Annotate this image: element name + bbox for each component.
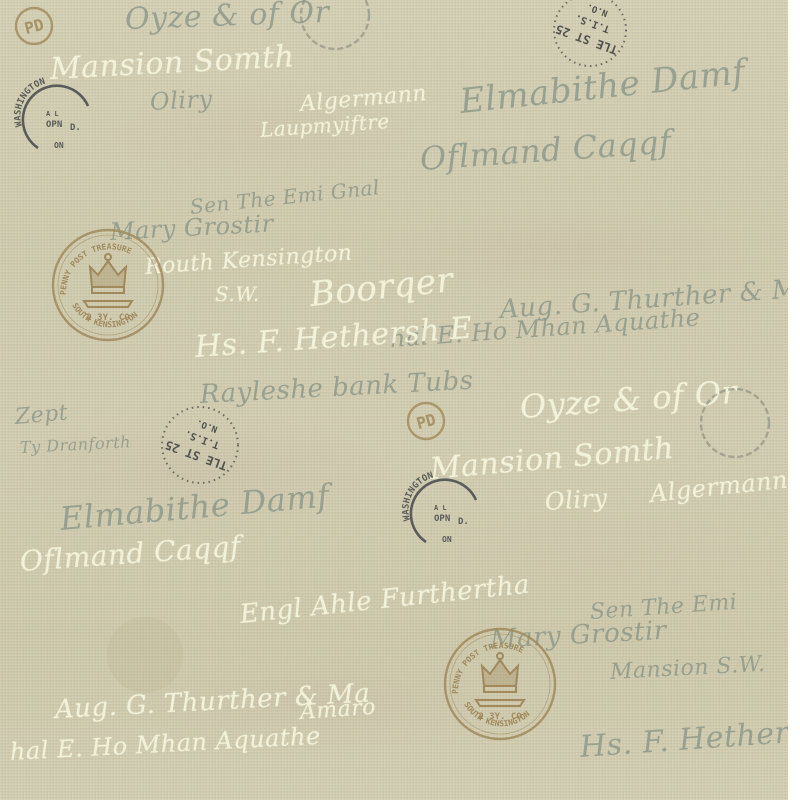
script-text: Oliry: [149, 85, 213, 116]
faded-postmark: [290, 0, 380, 60]
script-text: hal E. Ho Mhan Aquathe: [9, 722, 321, 766]
script-text: Oflmand Caqqf: [419, 122, 673, 177]
svg-text:OPN: OPN: [434, 514, 450, 524]
svg-text:A L: A L: [434, 504, 447, 512]
script-text: Engl Ahle Furthertha: [238, 570, 531, 630]
faded-watermark-circle: [100, 610, 190, 700]
svg-text:N.O.: N.O.: [195, 417, 219, 434]
washington-postmark: WASHINGTON A L OPN D. ON: [8, 76, 93, 156]
svg-text:PD: PD: [414, 410, 438, 433]
penny-post-crown-stamp: PENNY POST TREASURE SOUTH KENSINGTON 2 3…: [440, 624, 560, 744]
script-text: Hs. F. Hethersh: [579, 713, 788, 765]
svg-text:A L: A L: [46, 110, 59, 118]
pd-stamp: PD: [405, 400, 447, 442]
script-text: Ty Dranforth: [20, 432, 132, 457]
script-text: Laupmyiftre: [259, 109, 390, 142]
svg-text:PD: PD: [22, 15, 46, 38]
script-text: Mansion S.W.: [609, 652, 766, 685]
svg-text:D.: D.: [70, 123, 81, 133]
script-text: Hs. F. Hethersh E: [194, 311, 474, 365]
faded-postmark: [690, 378, 780, 468]
script-text: S.W.: [215, 282, 260, 306]
svg-text:WASHINGTON: WASHINGTON: [13, 77, 46, 128]
svg-text:ON: ON: [54, 141, 64, 150]
right-margin: [788, 0, 800, 800]
script-text: Oliry: [544, 484, 608, 516]
svg-text:D.: D.: [458, 517, 469, 527]
script-text: Oflmand Caqqf: [19, 530, 242, 578]
svg-text:OPN: OPN: [46, 120, 62, 130]
crown-icon: [476, 653, 524, 706]
dotted-postmark: TLE ST 25 T.I.S. N.O.: [545, 0, 635, 80]
pd-stamp: PD: [13, 5, 55, 47]
svg-text:WASHINGTON: WASHINGTON: [401, 471, 434, 522]
script-text: Boorqer: [308, 260, 455, 315]
svg-text:2 3Y. CO: 2 3Y. CO: [478, 712, 522, 722]
svg-text:2 3Y. CO: 2 3Y. CO: [86, 313, 130, 323]
dotted-postmark: TLE ST 25 T.I.S. N.O.: [155, 400, 245, 490]
script-text: Amaro: [299, 695, 377, 725]
crown-icon: [84, 254, 132, 307]
svg-text:ON: ON: [442, 535, 452, 544]
script-text: Algermann: [649, 466, 788, 508]
script-text: Zept: [14, 400, 69, 430]
svg-text:N.O.: N.O.: [586, 1, 610, 18]
penny-post-crown-stamp: PENNY POST TREASURE SOUTH KENSINGTON 2 3…: [48, 225, 168, 345]
wallpaper-pattern: Oyze & of Or Mansion Somth Oliry Algerma…: [0, 0, 788, 800]
washington-postmark: WASHINGTON A L OPN D. ON: [396, 470, 481, 550]
